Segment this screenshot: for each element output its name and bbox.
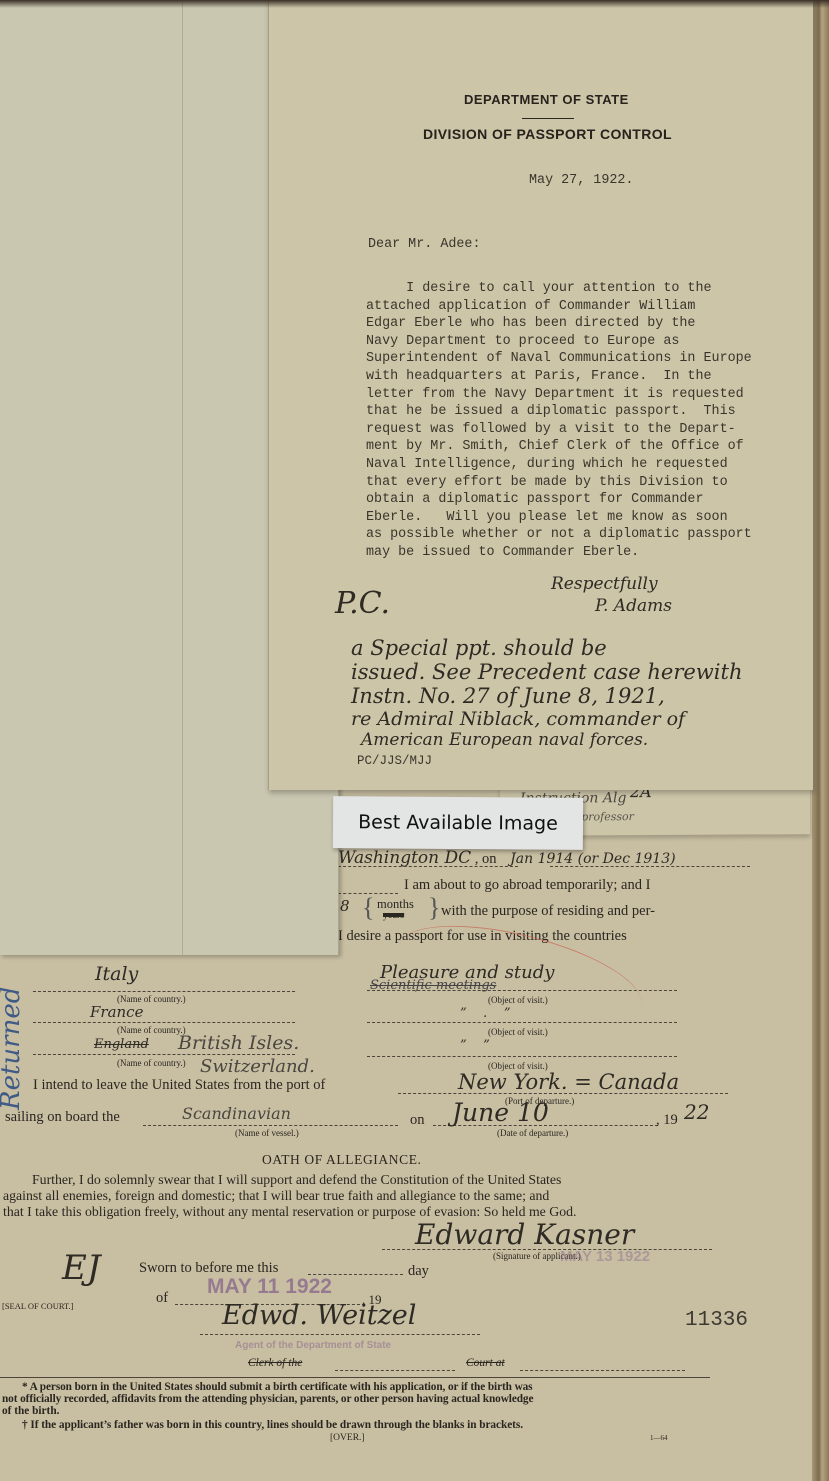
seal-of-court: [SEAL OF COURT.] (2, 1301, 74, 1311)
oath-line-1: Further, I do solemnly swear that I will… (32, 1172, 561, 1188)
over-label: [OVER.] (330, 1433, 365, 1443)
court-label: Court at (466, 1357, 505, 1369)
department-letter: DEPARTMENT OF STATE DIVISION OF PASSPORT… (268, 0, 813, 790)
letter-closing: Respectfully (551, 574, 658, 594)
note-line: American European naval forces. (351, 730, 742, 750)
bracket-open: { (362, 893, 374, 923)
duration-unit-years: years (383, 910, 404, 921)
letter-date: May 27, 1922. (529, 172, 633, 190)
body-line: ment by Mr. Smith, Chief Clerk of the Of… (366, 438, 752, 456)
letter-body: I desire to call your attention to the a… (366, 280, 752, 562)
clerk-label: Clerk of the (248, 1357, 302, 1369)
body-line: with headquarters at Paris, France. In t… (366, 368, 752, 386)
object-3-value: ” ” (460, 1038, 490, 1053)
body-line: Superintendent of Naval Communications i… (366, 350, 752, 368)
country-3-struck: England (94, 1037, 149, 1052)
object-2-caption: (Object of visit.) (488, 1027, 548, 1037)
letter-signature: P. Adams (595, 596, 672, 616)
agent-stamp: Agent of the Department of State (235, 1340, 391, 1351)
body-line: Edgar Eberle who has been directed by th… (366, 315, 752, 333)
country-2-value: France (90, 1003, 143, 1021)
country-3-caption: (Name of country.) (117, 1058, 186, 1068)
country-2-caption: (Name of country.) (117, 1025, 186, 1035)
vessel-caption: (Name of vessel.) (235, 1128, 299, 1138)
body-line: Navy Department to proceed to Europe as (366, 333, 752, 351)
body-line: attached application of Commander Willia… (366, 298, 752, 316)
date-stamp: MAY 11 1922 (207, 1275, 332, 1299)
note-line: re Admiral Niblack, commander of (351, 708, 742, 730)
letterhead-rule (522, 118, 574, 119)
form-code: 1—64 (650, 1434, 668, 1442)
note-line: issued. See Precedent case herewith (351, 660, 742, 684)
day-label: day (408, 1263, 429, 1280)
purpose-text: with the purpose of residing and per- (441, 903, 655, 920)
port-label: I intend to leave the United States from… (33, 1077, 325, 1094)
bracket-close: } (428, 893, 440, 923)
file-number: 11336 (685, 1309, 748, 1332)
country-1-value: Italy (95, 963, 138, 985)
footnote-3: of the birth. (2, 1405, 59, 1417)
scan-edge-shadow (0, 0, 829, 8)
best-available-image-sticker: Best Available Image (333, 796, 583, 850)
letterhead-department: DEPARTMENT OF STATE (464, 92, 629, 107)
of-label: of (156, 1290, 168, 1307)
sticker-label: Best Available Image (358, 811, 558, 834)
reference-initials: PC/JJS/MJJ (357, 753, 432, 771)
vessel-label: sailing on board the (5, 1109, 120, 1126)
body-line: may be issued to Commander Eberle. (366, 544, 752, 562)
letter-salutation: Dear Mr. Adee: (368, 236, 481, 254)
vessel-value: Scandinavian (182, 1104, 291, 1123)
slip-fold-line (182, 0, 183, 955)
body-line: obtain a diplomatic passport for Command… (366, 491, 752, 509)
margin-initials: EJ (62, 1248, 100, 1288)
departure-caption: (Date of departure.) (497, 1128, 568, 1138)
oath-title: OATH OF ALLEGIANCE. (262, 1152, 422, 1168)
footer-divider (0, 1377, 710, 1378)
body-line: Naval Intelligence, during which he requ… (366, 456, 752, 474)
on-label: on (410, 1112, 425, 1129)
received-stamp-faint: MAY 13 1922 (560, 1248, 650, 1265)
country-3-value: British Isles. (178, 1032, 299, 1054)
margin-note-returned: Returned (0, 987, 26, 1110)
footnote-4: † If the applicant’s father was born in … (22, 1419, 523, 1431)
note-line: a Special ppt. should be (351, 636, 742, 660)
body-line: that he be issued a diplomatic passport.… (366, 403, 752, 421)
applicant-signature: Edward Kasner (415, 1218, 634, 1251)
abroad-text: I am about to go abroad temporarily; and… (404, 877, 650, 894)
body-line: I desire to call your attention to the (366, 280, 752, 298)
body-line: request was followed by a visit to the D… (366, 421, 752, 439)
body-line: that every effort be made by this Divisi… (366, 474, 752, 492)
handwritten-note: a Special ppt. should be issued. See Pre… (351, 636, 742, 750)
footnote-2: not officially recorded, affidavits from… (2, 1393, 533, 1405)
book-binding-edge (812, 0, 829, 1481)
oath-line-2: against all enemies, foreign and domesti… (3, 1188, 549, 1204)
body-line: as possible whether or not a diplomatic … (366, 526, 752, 544)
form-place-line: Washington DC , on Jan 1914 (or Dec 1913… (338, 848, 676, 868)
letterhead-division: DIVISION OF PASSPORT CONTROL (423, 126, 672, 142)
initials-pc: P.C. (335, 586, 390, 621)
departure-value: June 10 (452, 1098, 549, 1127)
footnote-1: * A person born in the United States sho… (22, 1381, 532, 1393)
country-3-extra: Switzerland. (200, 1056, 315, 1077)
duration-value: 8 (340, 897, 350, 915)
official-signature: Edwd. Weitzel (222, 1300, 416, 1331)
port-value: New York. = Canada (458, 1070, 679, 1094)
year-prefix: , 19 (656, 1112, 678, 1129)
body-line: Eberle. Will you please let me know as s… (366, 509, 752, 527)
year-value: 22 (684, 1100, 709, 1124)
note-line: Instn. No. 27 of June 8, 1921, (351, 684, 742, 708)
body-line: letter from the Navy Department it is re… (366, 386, 752, 404)
